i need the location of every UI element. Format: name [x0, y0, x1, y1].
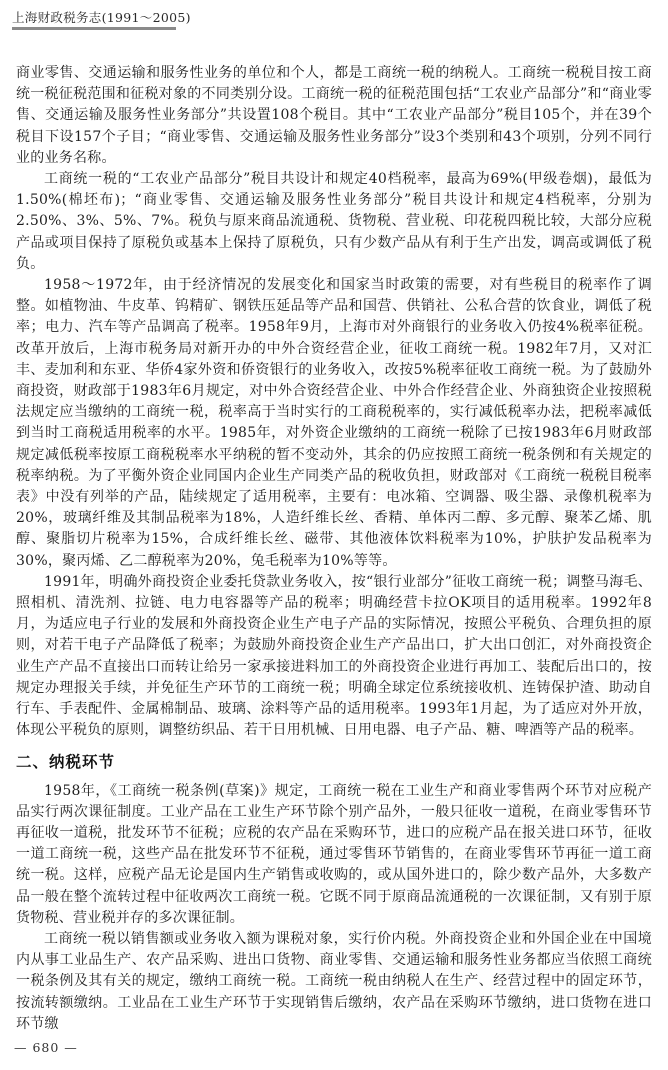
section-heading-tax-payment-stages: 二、纳税环节 — [16, 751, 652, 773]
header-rule — [12, 27, 176, 30]
paragraph-two-stage-levy: 1958年，《工商统一税条例(草案)》规定，工商统一税在工业生产和商业零售两个环… — [16, 781, 652, 929]
paragraph-rate-adjustments-1991-1993: 1991年，明确外商投资企业委托贷款业务收入，按“银行业部分”征收工商统一税；调… — [16, 572, 652, 742]
page-number: — 680 — — [14, 1040, 78, 1055]
paragraph-taxpayers-and-items: 商业零售、交通运输和服务性业务的单位和个人，都是工商统一税的纳税人。工商统一税税… — [16, 63, 652, 169]
paragraph-tax-rates: 工商统一税的“工农业产品部分”税目共设计和规定40档税率，最高为69%(甲级卷烟… — [16, 169, 652, 275]
paragraph-tax-base-and-payment: 工商统一税以销售额或业务收入额为课税对象，实行价内税。外商投资企业和外国企业在中… — [16, 929, 652, 1035]
paragraph-rate-adjustments-1958-1985: 1958～1972年，由于经济情况的发展变化和国家当时政策的需要，对有些税目的税… — [16, 275, 652, 572]
page-body: 商业零售、交通运输和服务性业务的单位和个人，都是工商统一税的纳税人。工商统一税税… — [16, 63, 652, 1035]
running-header-title: 上海财政税务志(1991～2005) — [12, 8, 191, 28]
